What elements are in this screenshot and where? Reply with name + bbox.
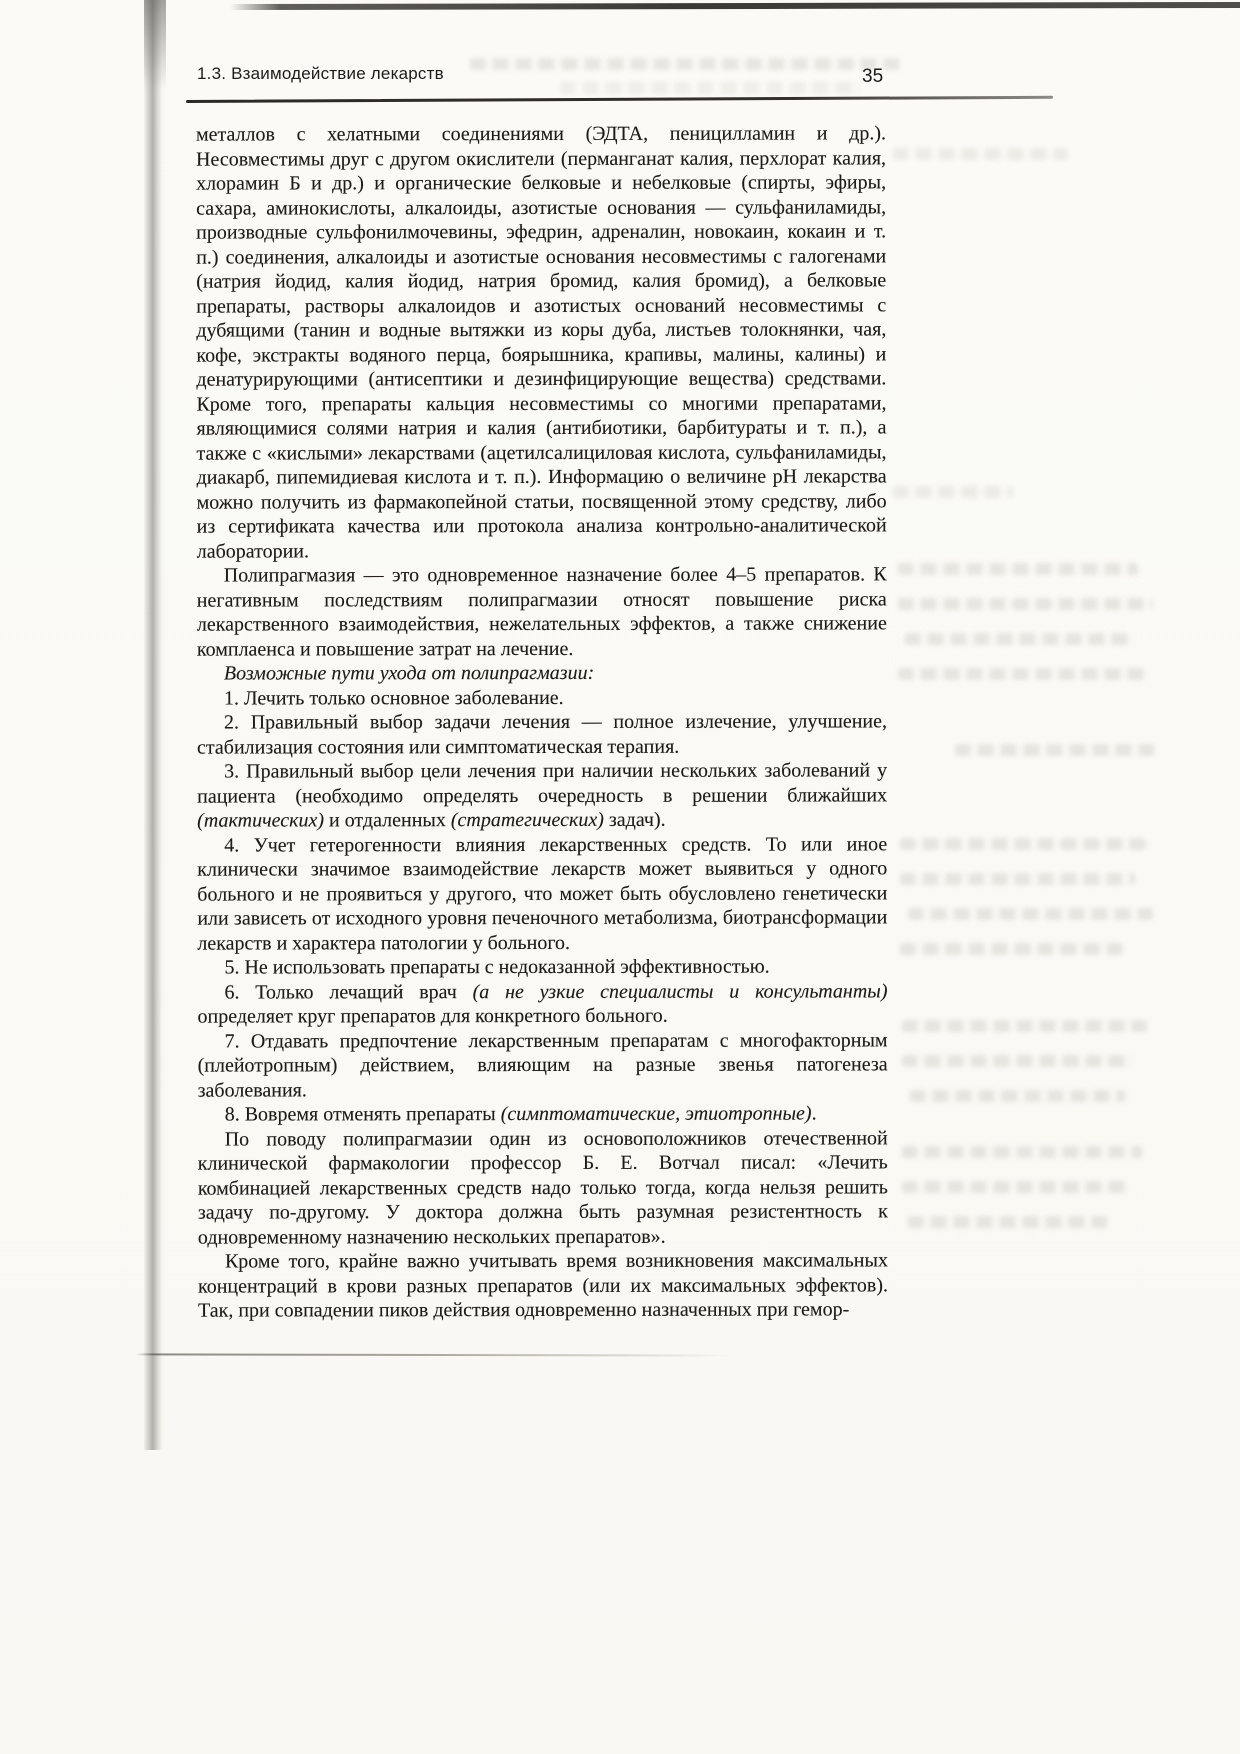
scan-bleed-artifact — [900, 838, 1150, 850]
scan-bleed-artifact — [900, 943, 1125, 955]
list-item: 5. Не использовать препараты с недоказан… — [197, 954, 887, 980]
scan-bleed-artifact — [893, 486, 1013, 498]
header-rule-divider — [186, 96, 1053, 103]
paragraph: По поводу полипрагмазии один из основопо… — [198, 1126, 888, 1250]
list-item: 1. Лечить только основное заболевание. — [197, 685, 887, 711]
scan-bleed-artifact — [902, 1146, 1142, 1158]
scan-bleed-artifact — [900, 873, 1135, 885]
body-text: металлов с хелатными соединениями (ЭДТА,… — [196, 121, 888, 1323]
list-item: 2. Правильный выбор задачи лечения — пол… — [197, 709, 887, 759]
scan-left-edge-artifact — [144, 0, 166, 1450]
scan-bleed-artifact — [898, 598, 1153, 610]
scan-bleed-artifact — [955, 744, 1155, 756]
scan-bleed-artifact — [902, 1181, 1127, 1193]
scan-bleed-artifact — [910, 1090, 1125, 1102]
running-head-section-title: 1.3. Взаимодействие лекарств — [197, 64, 444, 84]
paragraph: Полипрагмазия — это одновременное назнач… — [197, 562, 887, 661]
paragraph: Кроме того, крайне важно учитывать время… — [198, 1248, 888, 1323]
scan-bleed-artifact — [902, 1055, 1132, 1067]
scanned-book-page: 1.3. Взаимодействие лекарств 35 металлов… — [0, 0, 1240, 1754]
list-item: 3. Правильный выбор цели лечения при нал… — [197, 758, 887, 833]
scan-bleed-artifact — [898, 668, 1148, 680]
list-item: 6. Только лечащий врач (а не узкие специ… — [197, 979, 887, 1029]
scan-bleed-artifact — [908, 1216, 1108, 1228]
list-item: 8. Вовремя отменять препараты (симптомат… — [198, 1101, 888, 1127]
scan-bleed-artifact — [905, 633, 1135, 645]
list-item: 4. Учет гетерогенности влияния лекарстве… — [197, 832, 887, 956]
scan-bleed-artifact — [898, 563, 1138, 575]
scan-bleed-artifact — [902, 1020, 1147, 1032]
list-item: 7. Отдавать предпочтение лекарственным п… — [198, 1028, 888, 1103]
scan-bleed-artifact — [560, 82, 860, 94]
scan-bleed-artifact — [908, 908, 1153, 920]
scan-bottom-line-artifact — [136, 1353, 736, 1356]
scan-bleed-artifact — [470, 58, 900, 70]
scan-bleed-artifact — [893, 148, 1068, 160]
paragraph: Возможные пути ухода от полипрагмазии: — [197, 660, 887, 686]
scan-top-edge-artifact — [230, 2, 1240, 10]
paragraph: металлов с хелатными соединениями (ЭДТА,… — [196, 121, 887, 563]
